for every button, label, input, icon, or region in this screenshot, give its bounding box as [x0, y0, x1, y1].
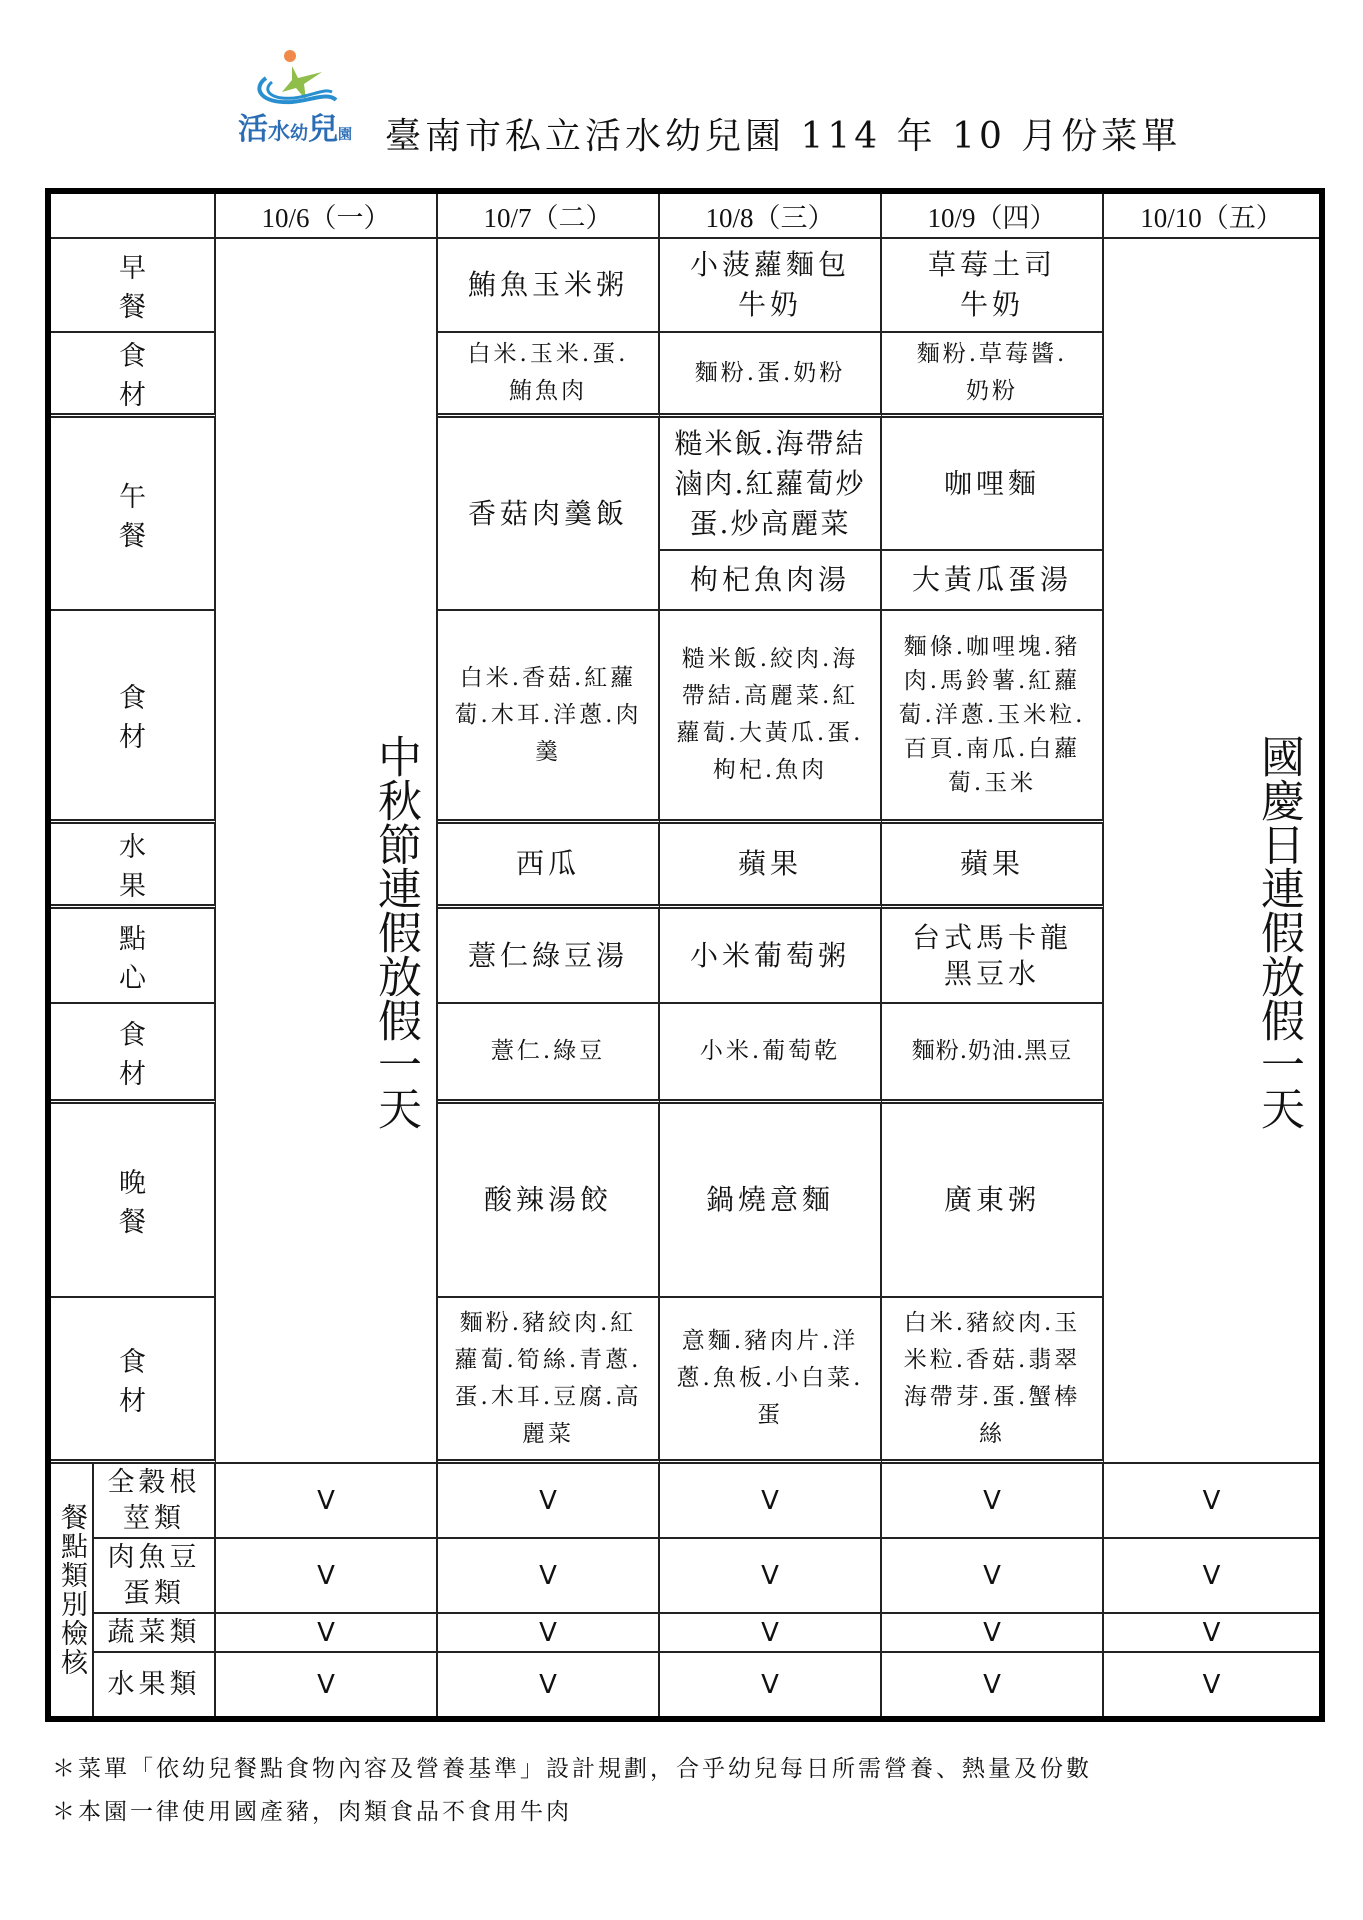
check-vegetables-tue: V [438, 1614, 660, 1653]
check-grains-tue: V [438, 1464, 660, 1539]
check-vegetables-mon: V [216, 1614, 438, 1653]
check-grains-thu: V [882, 1464, 1104, 1539]
check-protein-mon: V [216, 1539, 438, 1614]
fruit-tue: 西瓜 [438, 824, 660, 909]
check-fruit-fri: V [1104, 1653, 1319, 1716]
row-label-lunch-ingredients: 食 材 [51, 611, 216, 824]
check-grains-wed: V [660, 1464, 882, 1539]
check-protein-wed: V [660, 1539, 882, 1614]
category-vegetables: 蔬菜類 [94, 1614, 216, 1653]
lunch-tue: 香菇肉羹飯 [438, 418, 660, 611]
breakfast-wed: 小菠蘿麵包 牛奶 [660, 239, 882, 333]
holiday-friday: 國慶日連假放假一天 [1104, 239, 1319, 1464]
check-protein-thu: V [882, 1539, 1104, 1614]
breakfast-thu: 草莓土司 牛奶 [882, 239, 1104, 333]
footnote-nutrition: ＊菜單「依幼兒餐點食物內容及營養基準」設計規劃，合乎幼兒每日所需營養、熱量及份數 [52, 1750, 1092, 1783]
row-label-snack-ingredients: 食 材 [51, 1004, 216, 1104]
check-grains-fri: V [1104, 1464, 1319, 1539]
dinner-ingredients-wed: 意麵.豬肉片.洋 蔥.魚板.小白菜. 蛋 [660, 1298, 882, 1464]
logo-wordmark: 活水幼兒園 [238, 104, 352, 148]
check-vegetables-thu: V [882, 1614, 1104, 1653]
check-fruit-thu: V [882, 1653, 1104, 1716]
page-title: 臺南市私立活水幼兒園 114 年 10 月份菜單 [385, 108, 1181, 159]
row-label-dinner: 晚 餐 [51, 1104, 216, 1298]
menu-table: 10/6（一） 10/7（二） 10/8（三） 10/9（四） 10/10（五）… [45, 188, 1325, 1722]
lunch-ingredients-tue: 白米.香菇.紅蘿 蔔.木耳.洋蔥.肉 羹 [438, 611, 660, 824]
check-protein-fri: V [1104, 1539, 1319, 1614]
row-label-fruit: 水 果 [51, 824, 216, 909]
check-fruit-tue: V [438, 1653, 660, 1716]
row-label-breakfast-ingredients: 食 材 [51, 333, 216, 418]
category-protein: 肉魚豆 蛋類 [94, 1539, 216, 1614]
category-fruit: 水果類 [94, 1653, 216, 1716]
category-grains: 全穀根 莖類 [94, 1464, 216, 1539]
day-header-mon: 10/6（一） [216, 194, 438, 239]
lunch-wed: 糙米飯.海帶結 滷肉.紅蘿蔔炒 蛋.炒高麗菜 [660, 418, 882, 551]
row-label-lunch: 午 餐 [51, 418, 216, 611]
holiday-monday: 中秋節連假放假一天 [216, 239, 438, 1464]
day-header-wed: 10/8（三） [660, 194, 882, 239]
check-vegetables-fri: V [1104, 1614, 1319, 1653]
snack-ingredients-thu: 麵粉.奶油.黑豆 [882, 1004, 1104, 1104]
check-fruit-wed: V [660, 1653, 882, 1716]
breakfast-ingredients-tue: 白米.玉米.蛋. 鮪魚肉 [438, 333, 660, 418]
snack-ingredients-tue: 薏仁.綠豆 [438, 1004, 660, 1104]
dinner-ingredients-tue: 麵粉.豬絞肉.紅 蘿蔔.筍絲.青蔥. 蛋.木耳.豆腐.高 麗菜 [438, 1298, 660, 1464]
snack-thu: 台式馬卡龍 黑豆水 [882, 909, 1104, 1004]
snack-ingredients-wed: 小米.葡萄乾 [660, 1004, 882, 1104]
lunch-soup-thu: 大黃瓜蛋湯 [882, 551, 1104, 611]
corner-cell [51, 194, 216, 239]
lunch-thu: 咖哩麵 [882, 418, 1104, 551]
footnote-pork: ＊本園一律使用國產豬，肉類食品不食用牛肉 [52, 1793, 572, 1826]
day-header-fri: 10/10（五） [1104, 194, 1319, 239]
logo-emblem-icon [232, 48, 372, 108]
fruit-wed: 蘋果 [660, 824, 882, 909]
lunch-ingredients-thu: 麵條.咖哩塊.豬 肉.馬鈴薯.紅蘿 蔔.洋蔥.玉米粒. 百頁.南瓜.白蘿 蔔.玉… [882, 611, 1104, 824]
fruit-thu: 蘋果 [882, 824, 1104, 909]
day-header-tue: 10/7（二） [438, 194, 660, 239]
row-label-breakfast: 早 餐 [51, 239, 216, 333]
breakfast-ingredients-wed: 麵粉.蛋.奶粉 [660, 333, 882, 418]
check-fruit-mon: V [216, 1653, 438, 1716]
row-label-snack: 點 心 [51, 909, 216, 1004]
lunch-soup-wed: 枸杞魚肉湯 [660, 551, 882, 611]
snack-wed: 小米葡萄粥 [660, 909, 882, 1004]
dinner-wed: 鍋燒意麵 [660, 1104, 882, 1298]
breakfast-ingredients-thu: 麵粉.草莓醬. 奶粉 [882, 333, 1104, 418]
dinner-tue: 酸辣湯餃 [438, 1104, 660, 1298]
snack-tue: 薏仁綠豆湯 [438, 909, 660, 1004]
dinner-thu: 廣東粥 [882, 1104, 1104, 1298]
row-label-dinner-ingredients: 食 材 [51, 1298, 216, 1464]
day-header-thu: 10/9（四） [882, 194, 1104, 239]
check-grains-mon: V [216, 1464, 438, 1539]
breakfast-tue: 鮪魚玉米粥 [438, 239, 660, 333]
dinner-ingredients-thu: 白米.豬絞肉.玉 米粒.香菇.翡翠 海帶芽.蛋.蟹棒 絲 [882, 1298, 1104, 1464]
lunch-ingredients-wed: 糙米飯.絞肉.海 帶結.高麗菜.紅 蘿蔔.大黃瓜.蛋. 枸杞.魚肉 [660, 611, 882, 824]
check-protein-tue: V [438, 1539, 660, 1614]
check-vegetables-wed: V [660, 1614, 882, 1653]
checklist-group-label: 餐點類別檢核 [51, 1464, 94, 1716]
school-logo: 活水幼兒園 [232, 48, 372, 148]
